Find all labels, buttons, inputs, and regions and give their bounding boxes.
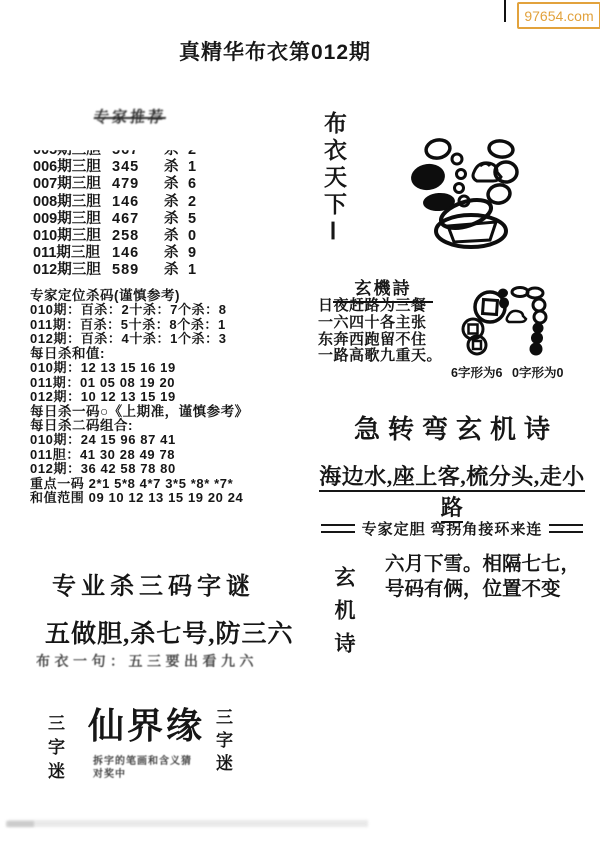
shape-caption-0: 0字形为0	[512, 363, 563, 381]
double-bar-right	[549, 524, 583, 533]
kill-number: 0	[188, 228, 204, 245]
dan-numbers: 567	[112, 142, 152, 159]
section-title: 每日杀和值:	[30, 347, 270, 361]
table-row: 007期三胆 479 杀 6	[33, 176, 233, 193]
poem-line: 一路高歌九重天。	[318, 348, 448, 365]
table-row: 011期三胆 146 杀 9	[33, 245, 233, 262]
kill-label: 杀	[164, 245, 188, 262]
sharp-turn-poem-line: 海边水,座上客,梳分头,走小路	[318, 460, 586, 522]
scan-smudge	[8, 820, 368, 827]
period-label: 008期三胆	[33, 194, 112, 211]
struck-out-header: 专家推荐	[93, 106, 167, 127]
double-bar-left	[321, 524, 355, 533]
daily-two-row: 010期：24 15 96 87 41	[30, 433, 270, 447]
period-label: 011期三胆	[33, 245, 112, 262]
kill-number: 1	[188, 262, 204, 279]
expert-dan-banner: 专家定胆 弯拐角接环来连	[318, 518, 586, 539]
dan-numbers: 258	[112, 228, 152, 245]
kill-three-riddle-line: 五做胆,杀七号,防三六	[45, 614, 294, 650]
three-dan-history-list: 005期三胆 567 杀 2 006期三胆 345 杀 1 007期三胆 479…	[33, 142, 233, 280]
daily-sum-row: 012期：10 12 13 15 19	[30, 390, 270, 404]
kill-number: 9	[188, 245, 204, 262]
mystic-poem2-vertical-label: 玄机诗	[328, 566, 358, 665]
dingwei-row: 011期：百杀：5十杀：8个杀：1	[30, 318, 270, 332]
daily-two-row: 012期：36 42 58 78 80	[30, 462, 270, 476]
poem-line: 东奔西跑留不住	[318, 332, 448, 349]
kill-label: 杀	[164, 211, 188, 228]
table-row: 006期三胆 345 杀 1	[33, 159, 233, 176]
sharp-turn-poem-title: 急转弯玄机诗	[318, 409, 586, 446]
poem-line: 六月下雪。相隔七七，	[385, 552, 590, 577]
kill-number: 6	[188, 176, 204, 193]
poem-line: 日夜赶路为三餐	[318, 298, 448, 315]
kill-label: 杀	[164, 176, 188, 193]
brand-vertical-title: 布衣天下Ⅰ	[318, 111, 351, 251]
kill-number: 1	[188, 159, 204, 176]
period-label: 010期三胆	[33, 228, 112, 245]
mystic-poem2: 六月下雪。相隔七七， 号码有俩，位置不变	[385, 552, 590, 602]
page-title: 真精华布衣第012期	[130, 36, 420, 66]
table-row: 008期三胆 146 杀 2	[33, 194, 233, 211]
underlined-riddle-text: 海边水,座上客,梳分头,走小路	[319, 464, 585, 523]
sum-range-row: 和值范围 09 10 12 13 15 19 20 24	[30, 491, 270, 505]
kill-number: 2	[188, 142, 204, 159]
section-title: 专家定位杀码(谨慎参考)	[30, 289, 270, 303]
daily-sum-row: 010期：12 13 15 16 19	[30, 361, 270, 375]
kill-code-section: 专家定位杀码(谨慎参考) 010期：百杀：2十杀：7个杀：8 011期：百杀：5…	[30, 289, 270, 506]
dan-numbers: 146	[112, 194, 152, 211]
period-label: 012期三胆	[33, 262, 112, 279]
dan-numbers: 479	[112, 176, 152, 193]
period-label: 007期三胆	[33, 176, 112, 193]
coin-chain-graphic	[460, 286, 556, 358]
kill-label: 杀	[164, 262, 188, 279]
kill-number: 2	[188, 194, 204, 211]
kill-number: 5	[188, 211, 204, 228]
riddle-note-line2: 对奖中	[93, 765, 126, 780]
poem-line: 一六四十各主张	[318, 315, 448, 332]
three-char-riddle-label-left: 三字迷	[42, 714, 67, 786]
kill-label: 杀	[164, 228, 188, 245]
kill-label: 杀	[164, 142, 188, 159]
three-char-riddle-label-right: 三字迷	[210, 708, 235, 777]
riddle-answer: 仙界缘	[88, 698, 205, 749]
daily-sum-row: 011期：01 05 08 19 20	[30, 376, 270, 390]
expert-dan-text: 专家定胆 弯拐角接环来连	[362, 518, 543, 539]
dan-numbers: 345	[112, 159, 152, 176]
dan-numbers: 589	[112, 262, 152, 279]
period-label: 006期三胆	[33, 159, 112, 176]
poem-line: 号码有俩，位置不变	[385, 577, 590, 602]
period-label: 005期三胆	[33, 142, 112, 159]
daily-two-row: 011胆：41 30 28 49 78	[30, 448, 270, 462]
kill-label: 杀	[164, 159, 188, 176]
table-row: 005期三胆 567 杀 2	[33, 142, 233, 159]
period-label: 009期三胆	[33, 211, 112, 228]
buyi-sentence-clipped: 布衣一句：五三要出看九六	[36, 651, 258, 671]
kill-three-riddle-title: 专业杀三码字谜	[52, 566, 255, 601]
scan-smudge	[6, 821, 34, 827]
section-title: 每日杀二码组合:	[30, 419, 270, 433]
table-row: 012期三胆 589 杀 1	[33, 262, 233, 279]
mystic-poem: 日夜赶路为三餐 一六四十各主张 东奔西跑留不住 一路高歌九重天。	[318, 298, 448, 365]
header-divider-line	[504, 0, 506, 22]
key-one-code-row: 重点一码 2*1 5*8 4*7 3*5 *8* *7*	[30, 477, 270, 491]
section-title: 每日杀一码○《上期准，谨慎参考》	[30, 405, 270, 419]
dingwei-row: 012期：百杀：4十杀：1个杀：3	[30, 332, 270, 346]
ink-seal-graphic	[408, 132, 523, 250]
dingwei-row: 010期：百杀：2十杀：7个杀：8	[30, 303, 270, 317]
dan-numbers: 467	[112, 211, 152, 228]
kill-label: 杀	[164, 194, 188, 211]
table-row: 009期三胆 467 杀 5	[33, 211, 233, 228]
site-link-badge[interactable]: 97654.com	[517, 2, 600, 29]
table-row: 010期三胆 258 杀 0	[33, 228, 233, 245]
shape-caption-6: 6字形为6	[451, 363, 502, 381]
dan-numbers: 146	[112, 245, 152, 262]
